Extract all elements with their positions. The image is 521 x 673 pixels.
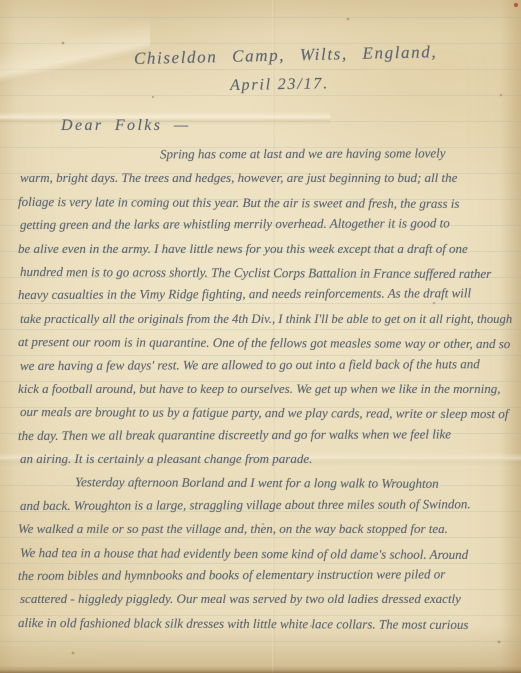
letter-line: scattered - higgledy piggledy. Our meal … xyxy=(20,587,512,610)
letter-page: Chiseldon Camp, Wilts, England, April 23… xyxy=(0,0,521,673)
letter-line: the day. Then we all break quarantine di… xyxy=(18,422,512,447)
letter-heading-date: April 23/17. xyxy=(230,75,329,95)
letter-line-text: kick a football around, but have to keep… xyxy=(18,377,500,400)
paper-bottom-edge xyxy=(0,666,521,673)
letter-line-text: warm, bright days. The trees and hedges,… xyxy=(20,166,457,189)
letter-line-text: the room bibles and hymnbooks and books … xyxy=(18,562,445,587)
letter-line: heavy casualties in the Vimy Ridge fight… xyxy=(18,281,512,306)
letter-line: We walked a mile or so past the village … xyxy=(18,517,512,540)
letter-line-text: we are having a few days' rest. We are a… xyxy=(20,352,480,377)
letter-line-text: and back. Wroughton is a large, straggli… xyxy=(20,492,471,517)
letter-line: alike in old fashioned black silk dresse… xyxy=(18,611,512,637)
letter-salutation: Dear Folks — xyxy=(61,117,190,135)
letter-line: we are having a few days' rest. We are a… xyxy=(20,352,512,377)
letter-line-text: We walked a mile or so past the village … xyxy=(18,517,448,540)
letter-line-text: scattered - higgledy piggledy. Our meal … xyxy=(20,587,461,610)
letter-line-text: heavy casualties in the Vimy Ridge fight… xyxy=(18,282,471,307)
letter-line: an airing. It is certainly a pleasant ch… xyxy=(20,447,512,470)
letter-line: the room bibles and hymnbooks and books … xyxy=(18,562,512,587)
letter-line: take practically all the originals from … xyxy=(20,307,512,330)
letter-line-text: an airing. It is certainly a pleasant ch… xyxy=(20,447,312,470)
letter-heading-place: Chiseldon Camp, Wilts, England, xyxy=(134,42,438,69)
paper-specks xyxy=(0,0,2,2)
letter-line: getting green and the larks are whistlin… xyxy=(20,211,512,236)
letter-line: warm, bright days. The trees and hedges,… xyxy=(20,166,512,189)
letter-line: be alive even in the army. I have little… xyxy=(18,237,512,260)
letter-line: and back. Wroughton is a large, straggli… xyxy=(20,492,512,517)
letter-line: kick a football around, but have to keep… xyxy=(18,377,512,400)
letter-line: Spring has come at last and we are havin… xyxy=(18,141,512,166)
letter-line-text: the day. Then we all break quarantine di… xyxy=(18,422,451,447)
letter-body: Spring has come at last and we are havin… xyxy=(18,143,512,634)
letter-line-text: alike in old fashioned black silk dresse… xyxy=(18,611,469,636)
letter-line-text: be alive even in the army. I have little… xyxy=(18,237,468,260)
letter-line-text: take practically all the originals from … xyxy=(20,307,512,330)
letter-line-text: getting green and the larks are whistlin… xyxy=(20,212,450,237)
letter-line-text: Spring has come at last and we are havin… xyxy=(160,141,446,166)
